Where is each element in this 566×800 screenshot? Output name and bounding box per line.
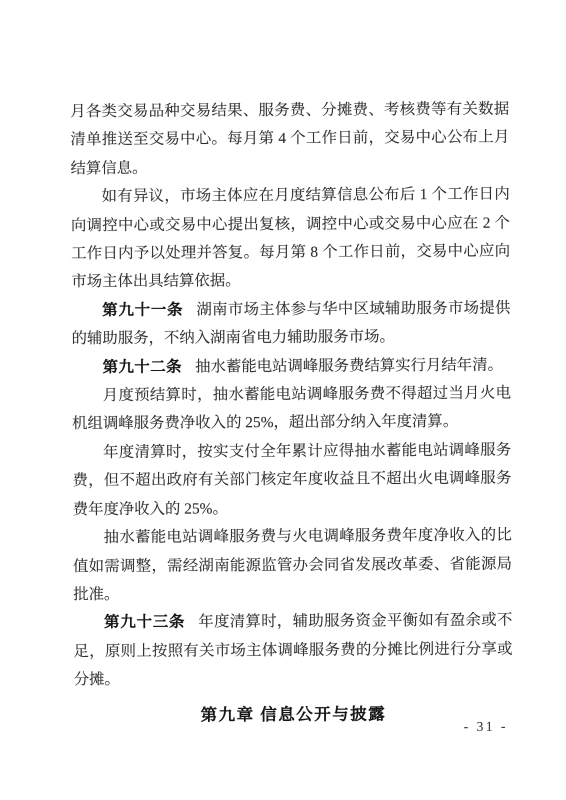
paragraph: 如有异议，市场主体应在月度结算信息公布后 1 个工作日内向调控中心或交易中心提出… bbox=[71, 181, 511, 297]
paragraph-text: 抽水蓄能电站调峰服务费与火电调峰服务费年度净收入的比值如需调整，需经湖南能源监管… bbox=[73, 527, 512, 603]
paragraph-text: 抽水蓄能电站调峰服务费结算实行月结年清。 bbox=[195, 356, 503, 375]
paragraph: 第九十一条湖南市场主体参与华中区域辅助服务市场提供的辅助服务，不纳入湖南省电力辅… bbox=[71, 294, 510, 353]
paragraph: 月各类交易品种交易结果、服务费、分摊费、考核费等有关数据清单推送至交易中心。每月… bbox=[70, 96, 510, 184]
page-number: - 31 - bbox=[464, 719, 508, 735]
paragraph: 年度清算时，按实支付全年累计应得抽水蓄能电站调峰服务费，但不超出政府有关部门核定… bbox=[72, 436, 512, 524]
document-page: 月各类交易品种交易结果、服务费、分摊费、考核费等有关数据清单推送至交易中心。每月… bbox=[0, 0, 566, 800]
article-term: 第九十二条 bbox=[103, 358, 183, 375]
paragraph: 第九十三条年度清算时，辅助服务资金平衡如有盈余或不足，原则上按照有关市场主体调峰… bbox=[73, 607, 513, 695]
paragraph: 月度预结算时，抽水蓄能电站调峰服务费不得超过当月火电机组调峰服务费净收入的 25… bbox=[72, 380, 511, 439]
paragraph-text: 如有异议，市场主体应在月度结算信息公布后 1 个工作日内向调控中心或交易中心提出… bbox=[71, 186, 510, 291]
text-block: 月各类交易品种交易结果、服务费、分摊费、考核费等有关数据清单推送至交易中心。每月… bbox=[70, 96, 513, 731]
article-term: 第九十一条 bbox=[102, 301, 183, 318]
paragraph-text: 年度清算时，按实支付全年累计应得抽水蓄能电站调峰服务费，但不超出政府有关部门核定… bbox=[72, 441, 511, 517]
scanned-sheet: 月各类交易品种交易结果、服务费、分摊费、考核费等有关数据清单推送至交易中心。每月… bbox=[0, 0, 566, 800]
paragraph: 第九十二条抽水蓄能电站调峰服务费结算实行月结年清。 bbox=[72, 351, 511, 382]
paragraph-text: 月各类交易品种交易结果、服务费、分摊费、考核费等有关数据清单推送至交易中心。每月… bbox=[70, 101, 509, 177]
paragraph-text: 月度预结算时，抽水蓄能电站调峰服务费不得超过当月火电机组调峰服务费净收入的 25… bbox=[72, 385, 511, 433]
chapter-heading: 第九章 信息公开与披露 bbox=[74, 699, 513, 730]
paragraph: 抽水蓄能电站调峰服务费与火电调峰服务费年度净收入的比值如需调整，需经湖南能源监管… bbox=[73, 522, 513, 610]
article-term: 第九十三条 bbox=[104, 614, 185, 631]
